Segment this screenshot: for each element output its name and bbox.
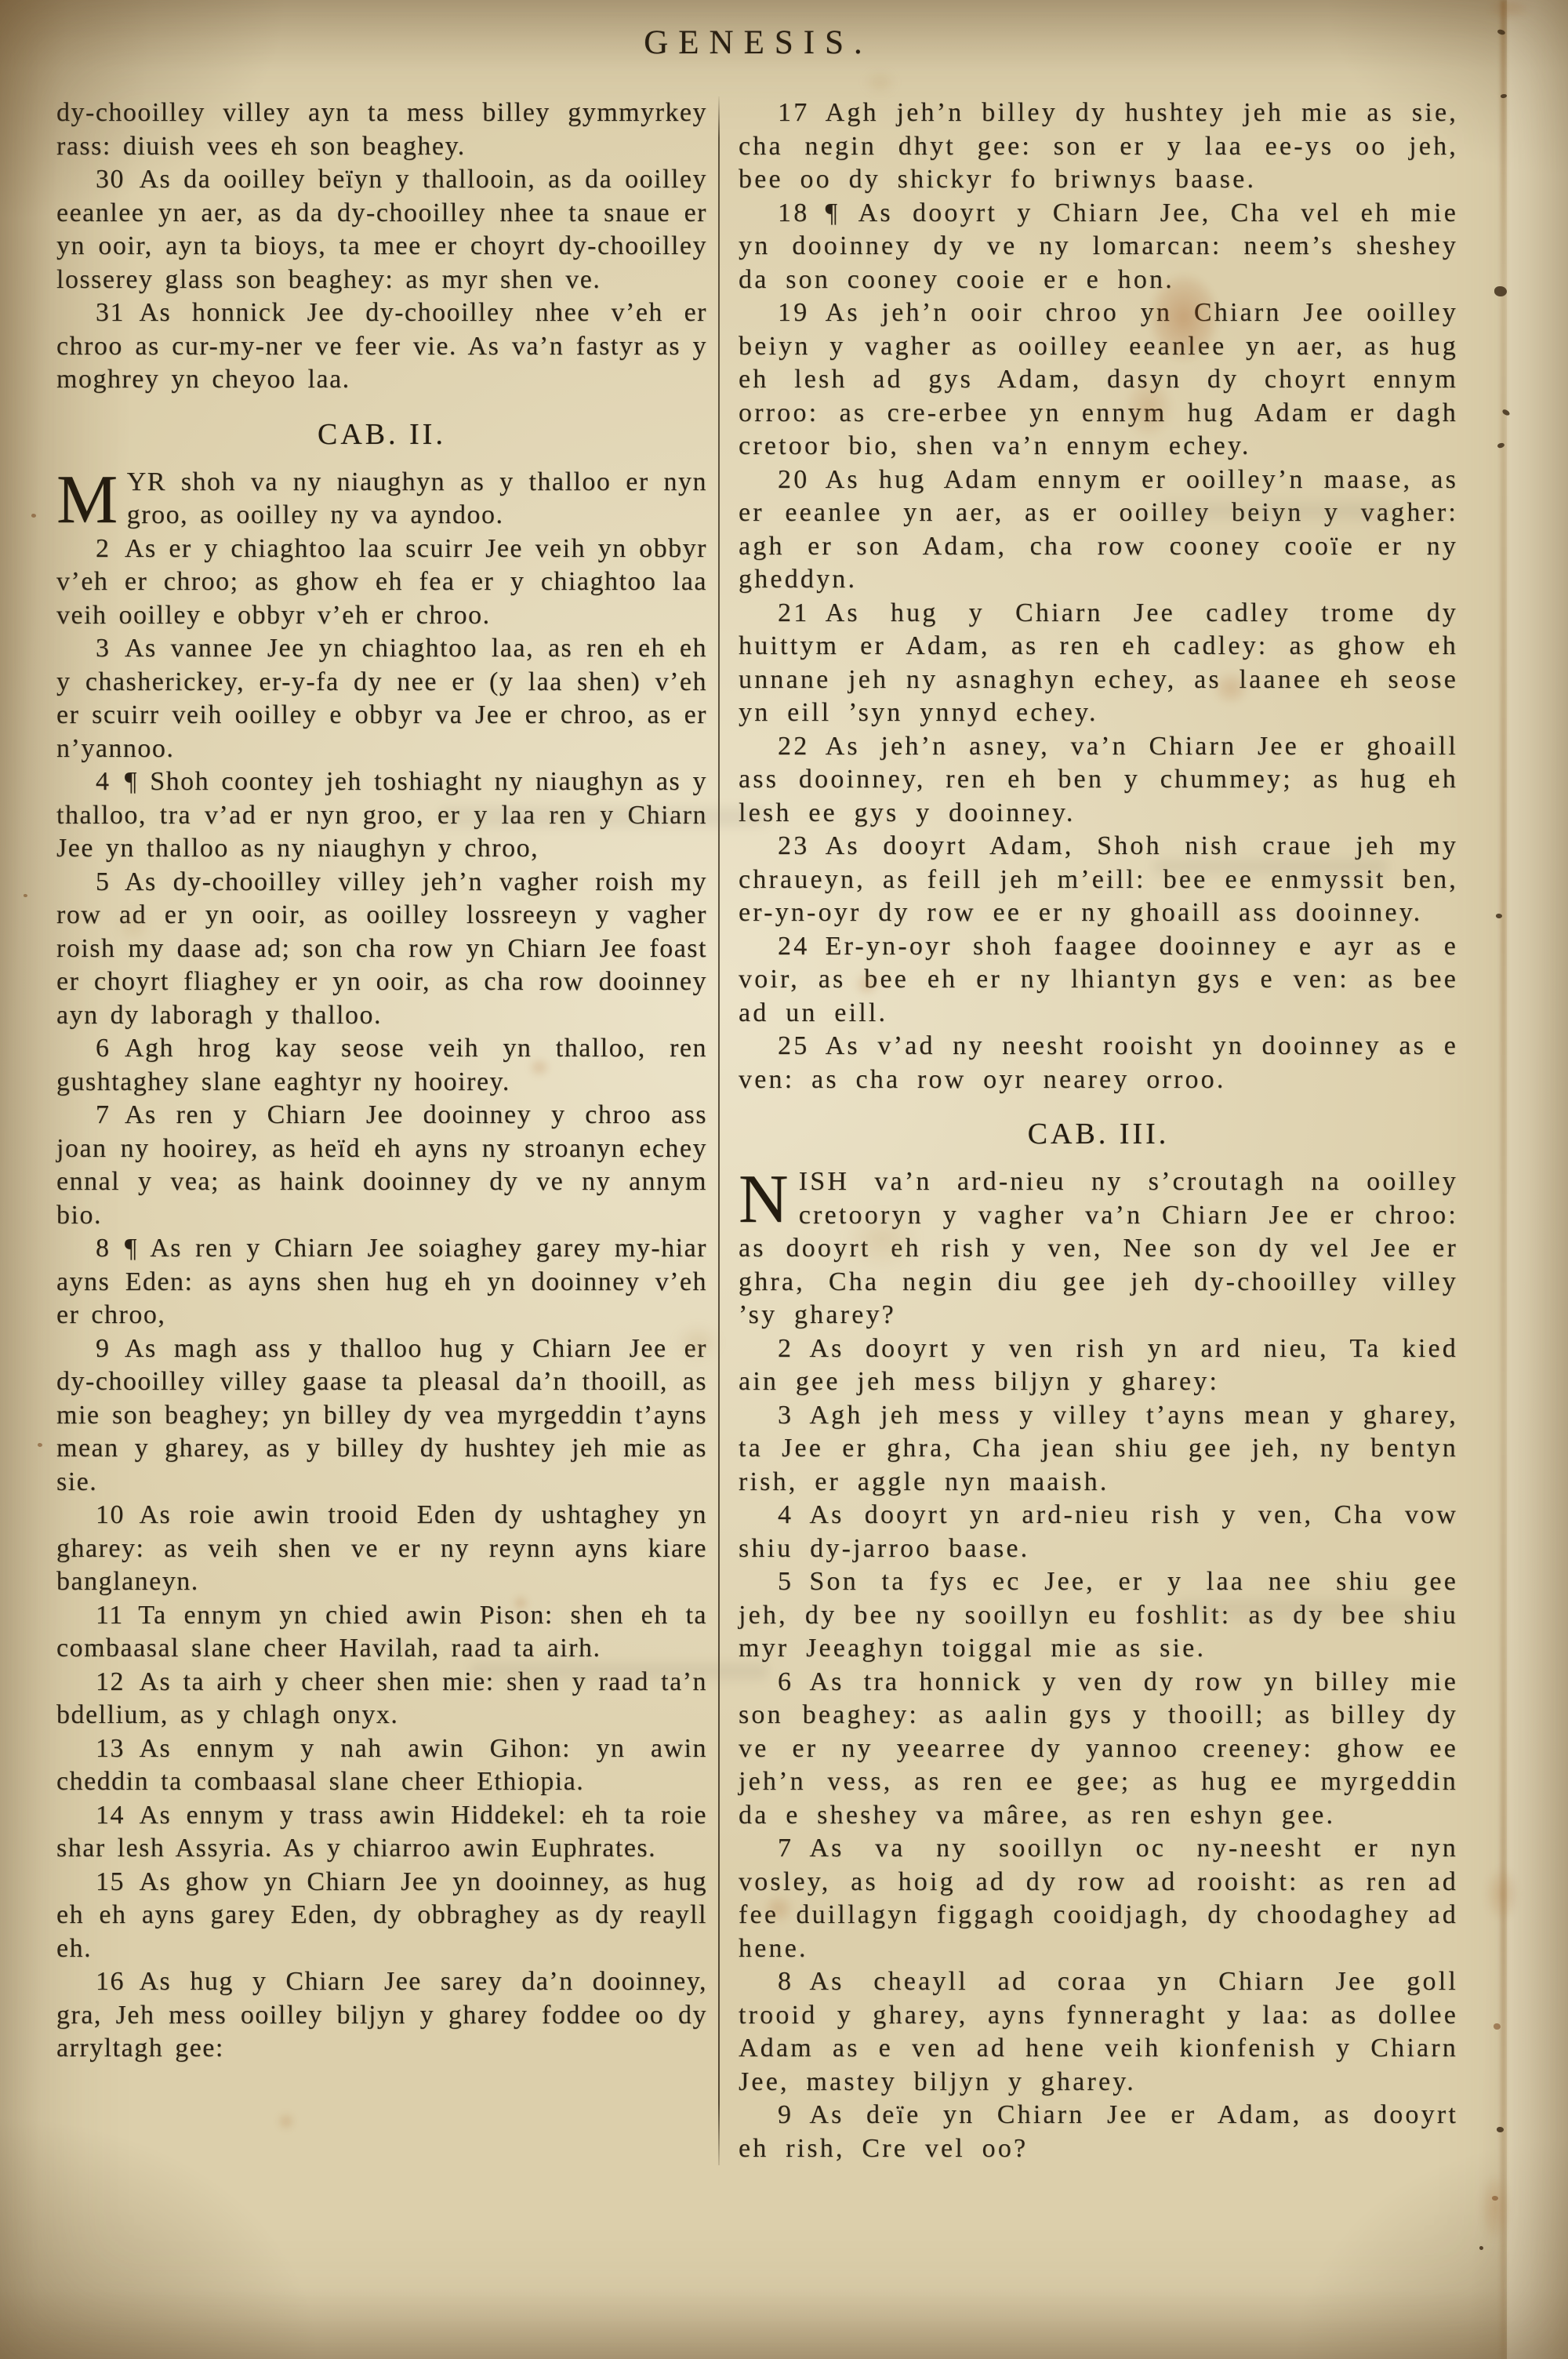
- verse-paragraph: 19 As jeh’n ooir chroo yn Chiarn Jee ooi…: [739, 296, 1458, 463]
- verse-paragraph: 23 As dooyrt Adam, Shoh nish craue jeh m…: [739, 830, 1458, 930]
- verse-paragraph: MYR shoh va ny niaughyn as y thalloo er …: [56, 466, 707, 533]
- ink-speck: [38, 1443, 42, 1447]
- verse-paragraph: 12 As ta airh y cheer shen mie: shen y r…: [56, 1666, 707, 1732]
- verse-paragraph: 8 As cheayll ad coraa yn Chiarn Jee goll…: [739, 1965, 1458, 2099]
- verse-paragraph: 17 Agh jeh’n billey dy hushtey jeh mie a…: [739, 96, 1458, 197]
- verse-paragraph: 9 As deïe yn Chiarn Jee er Adam, as dooy…: [739, 2099, 1458, 2165]
- verse-paragraph: 7 As ren y Chiarn Jee dooinney y chroo a…: [56, 1099, 707, 1232]
- verse-paragraph: 9 As magh ass y thalloo hug y Chiarn Jee…: [56, 1332, 707, 1499]
- verse-paragraph: 15 As ghow yn Chiarn Jee yn dooinney, as…: [56, 1866, 707, 1966]
- verse-paragraph: 21 As hug y Chiarn Jee cadley trome dy h…: [739, 597, 1458, 730]
- verse-paragraph: NISH va’n ard-nieu ny s’croutagh na ooil…: [739, 1165, 1458, 1332]
- two-column-layout: dy-chooilley villey ayn ta mess billey g…: [56, 96, 1460, 2165]
- drop-cap: M: [56, 472, 119, 529]
- chapter-heading: CAB. III.: [739, 1117, 1458, 1151]
- right-column: 17 Agh jeh’n billey dy hushtey jeh mie a…: [739, 96, 1458, 2165]
- verse-paragraph: 25 As v’ad ny neesht rooisht yn dooinney…: [739, 1030, 1458, 1096]
- ink-speck: [1492, 2196, 1498, 2201]
- left-column: dy-chooilley villey ayn ta mess billey g…: [56, 96, 707, 2165]
- verse-paragraph: 11 Ta ennym yn chied awin Pison: shen eh…: [56, 1599, 707, 1666]
- verse-paragraph: 20 As hug Adam ennym er ooilley’n maase,…: [739, 463, 1458, 597]
- verse-paragraph: 3 Agh jeh mess y villey t’ayns mean y gh…: [739, 1399, 1458, 1499]
- continuation-paragraph: dy-chooilley villey ayn ta mess billey g…: [56, 96, 707, 163]
- text-block: GENESIS. dy-chooilley villey ayn ta mess…: [56, 11, 1460, 2165]
- ink-speck: [24, 894, 27, 897]
- page-edge-strip: [1507, 0, 1568, 2359]
- book-title: GENESIS.: [56, 24, 1460, 62]
- verse-paragraph: 31 As honnick Jee dy-chooilley nhee v’eh…: [56, 296, 707, 397]
- verse-paragraph: 2 As er y chiaghtoo laa scuirr Jee veih …: [56, 533, 707, 633]
- ink-speck: [31, 514, 36, 518]
- verse-paragraph: 3 As vannee Jee yn chiaghtoo laa, as ren…: [56, 632, 707, 765]
- verse-paragraph: 30 As da ooilley beïyn y thallooin, as d…: [56, 163, 707, 296]
- verse-paragraph: 18 ¶ As dooyrt y Chiarn Jee, Cha vel eh …: [739, 197, 1458, 297]
- ink-speck: [1479, 2246, 1483, 2250]
- verse-paragraph: 4 As dooyrt yn ard-nieu rish y ven, Cha …: [739, 1499, 1458, 1565]
- verse-paragraph: 13 As ennym y nah awin Gihon: yn awin ch…: [56, 1732, 707, 1799]
- verse-paragraph: 5 As dy-chooilley villey jeh’n vagher ro…: [56, 866, 707, 1033]
- verse-paragraph: 6 Agh hrog kay seose veih yn thalloo, re…: [56, 1032, 707, 1099]
- verse-paragraph: 4 ¶ Shoh coontey jeh toshiaght ny niaugh…: [56, 765, 707, 866]
- verse-paragraph: 16 As hug y Chiarn Jee sarey da’n dooinn…: [56, 1965, 707, 2066]
- column-divider-rule: [718, 96, 720, 2165]
- page-crease: [1501, 0, 1506, 2359]
- verse-paragraph: 8 ¶ As ren y Chiarn Jee soiaghey garey m…: [56, 1232, 707, 1332]
- verse-paragraph: 7 As va ny sooillyn oc ny-neesht er nyn …: [739, 1832, 1458, 1965]
- book-page: GENESIS. dy-chooilley villey ayn ta mess…: [0, 0, 1568, 2359]
- verse-paragraph: 5 Son ta fys ec Jee, er y laa nee shiu g…: [739, 1565, 1458, 1666]
- verse-paragraph: 14 As ennym y trass awin Hiddekel: eh ta…: [56, 1799, 707, 1866]
- verse-paragraph: 22 As jeh’n asney, va’n Chiarn Jee er gh…: [739, 730, 1458, 831]
- chapter-heading: CAB. II.: [56, 417, 707, 452]
- verse-paragraph: 24 Er-yn-oyr shoh faagee dooinney e ayr …: [739, 930, 1458, 1030]
- verse-paragraph: 6 As tra honnick y ven dy row yn billey …: [739, 1666, 1458, 1833]
- verse-paragraph: 2 As dooyrt y ven rish yn ard nieu, Ta k…: [739, 1332, 1458, 1399]
- drop-cap: N: [739, 1172, 791, 1228]
- verse-paragraph: 10 As roie awin trooid Eden dy ushtaghey…: [56, 1499, 707, 1599]
- ink-speck: [1494, 2023, 1501, 2030]
